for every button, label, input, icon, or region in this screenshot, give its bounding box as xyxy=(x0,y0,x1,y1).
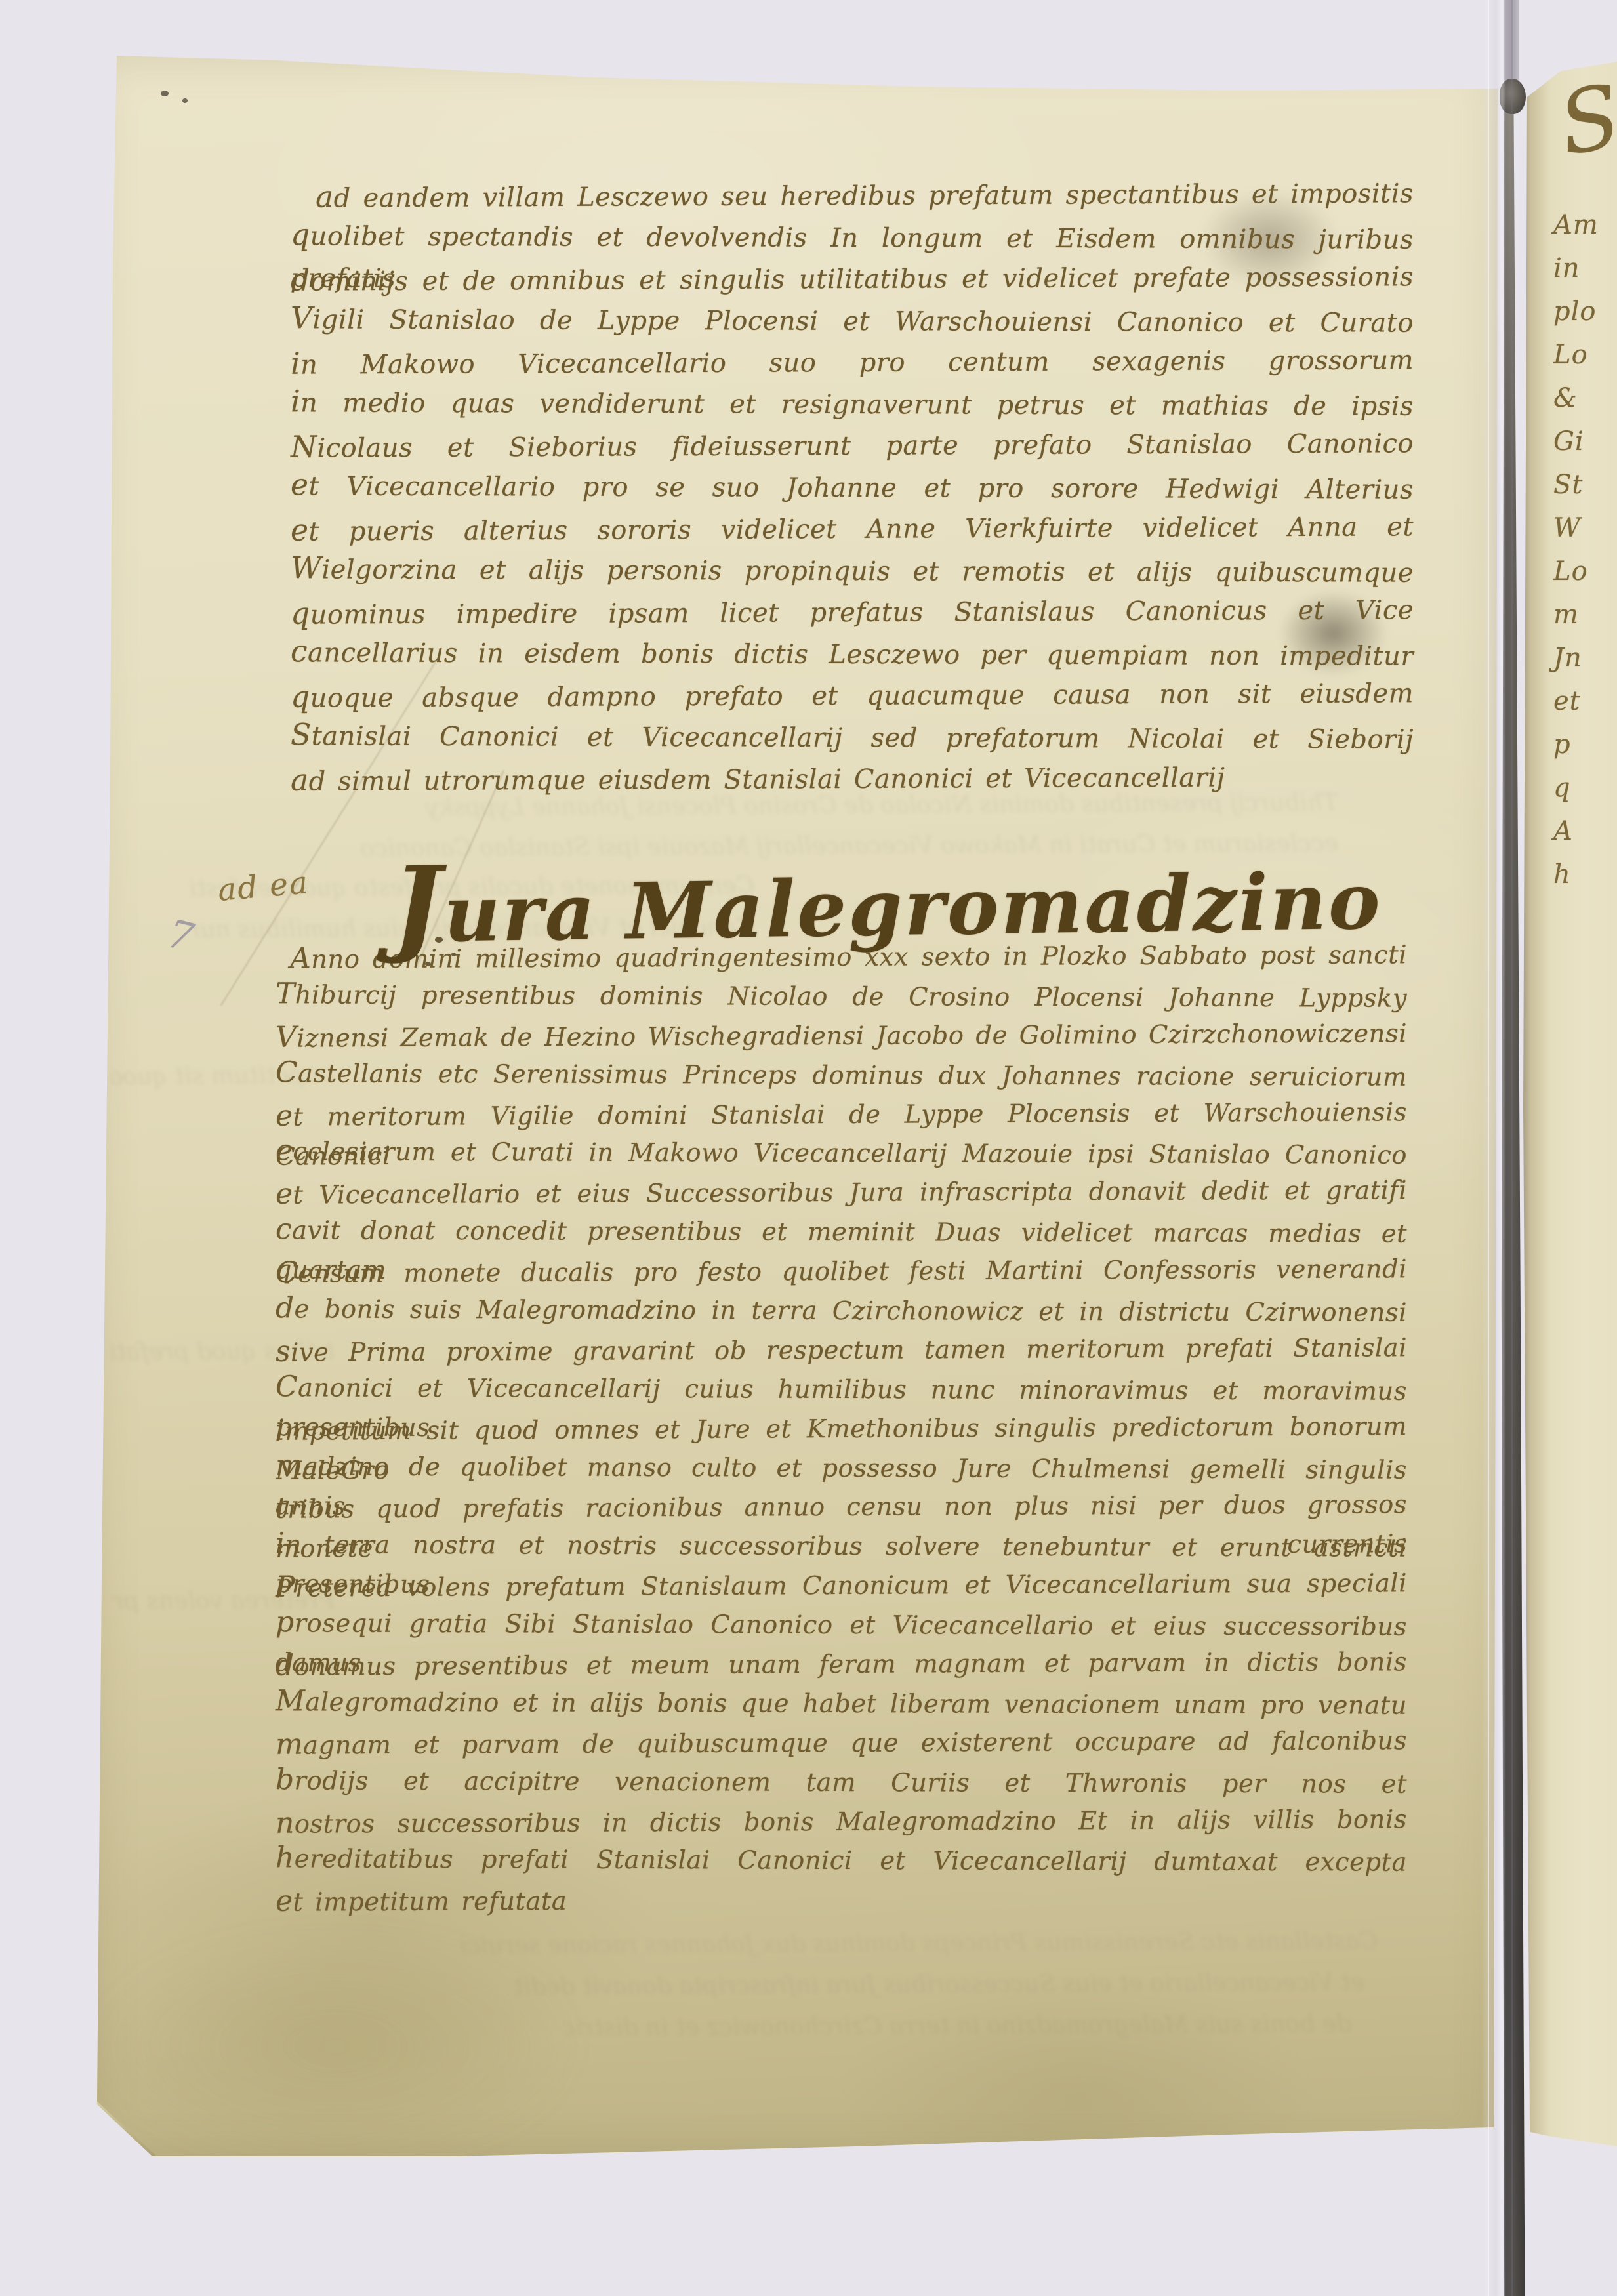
text-fragment: St xyxy=(1553,463,1617,506)
speck xyxy=(161,91,169,96)
stain xyxy=(98,1935,571,2158)
text-line: et Vicecancellario pro se suo Johanne et… xyxy=(291,464,1414,509)
text-fragment: plo xyxy=(1553,290,1617,333)
paragraph-top: ad eandem villam Lesczewo seu heredibus … xyxy=(291,174,1414,799)
text-line: et pueris alterius sororis videlicet Ann… xyxy=(291,504,1414,551)
next-page-edge: SAminploLo&GiStWLomJnetpqAh xyxy=(1522,58,1617,2150)
text-line: Censum monete ducalis pro festo quolibet… xyxy=(276,1248,1407,1292)
show-through-ghost: et Vicecancellario et eius Successoribus… xyxy=(512,1969,1364,2001)
text-line: Castellanis etc Serenissimus Princeps do… xyxy=(276,1053,1407,1096)
text-fragment: Am xyxy=(1553,203,1617,247)
paragraph-main: Anno domini millesimo quadringentesimo x… xyxy=(276,937,1407,1919)
section-heading: Jura Malegromadzino xyxy=(392,834,1383,962)
text-fragment: W xyxy=(1553,506,1617,550)
text-line: nostros successoribus in dictis bonis Ma… xyxy=(276,1799,1407,1843)
text-fragment: Lo xyxy=(1553,550,1617,593)
manuscript-photo: ad eandem villam Lesczewo seu heredibus … xyxy=(0,0,1617,2296)
margin-note-ink: ad ea xyxy=(216,865,310,909)
text-line: impetitum sit quod omnes et Jure et Kmet… xyxy=(276,1406,1407,1450)
text-fragment: p xyxy=(1553,723,1617,766)
text-line: Vigili Stanislao de Lyppe Plocensi et Wa… xyxy=(291,297,1414,342)
text-line: de bonis suis Malegromadzino in terra Cz… xyxy=(276,1288,1407,1331)
show-through-ghost: Castellanis etc Serenissimus Princeps do… xyxy=(459,1927,1378,1959)
text-line: in medio quas vendiderunt et resignaveru… xyxy=(291,380,1414,426)
text-line: donamus presentibus et meum unam feram m… xyxy=(276,1641,1407,1685)
text-line: et Vicecancellario et eius Successoribus… xyxy=(276,1170,1407,1214)
text-line: Nicolaus et Sieborius fideiusserunt part… xyxy=(291,421,1414,468)
text-line: madzino de quolibet manso culto et posse… xyxy=(276,1446,1407,1488)
text-line: magnam et parvam de quibuscumque que exi… xyxy=(276,1720,1407,1764)
text-fragment: Lo xyxy=(1553,333,1617,377)
text-line: Canonici et Vicecancellarij cuius humili… xyxy=(276,1367,1407,1410)
text-line: Stanislai Canonici et Vicecancellarij se… xyxy=(291,714,1414,759)
text-line: cancellarius in eisdem bonis dictis Lesc… xyxy=(291,630,1414,676)
text-fragment: et xyxy=(1553,680,1617,723)
text-line: Malegromadzino et in alijs bonis que hab… xyxy=(276,1681,1407,1724)
text-line: quominus impedire ipsam licet prefatus S… xyxy=(291,588,1414,634)
text-line: in Makowo Vicecancellario suo pro centum… xyxy=(291,338,1414,384)
text-line: et impetitum refutata xyxy=(276,1877,1407,1921)
text-fragment: h xyxy=(1553,853,1617,896)
text-fragment: & xyxy=(1553,377,1617,420)
text-line: Wielgorzina et alijs personis propinquis… xyxy=(291,547,1414,592)
text-line: Thiburcij presentibus dominis Nicolao de… xyxy=(276,974,1407,1017)
text-fragment: A xyxy=(1553,810,1617,853)
text-line: ad eandem villam Lesczewo seu heredibus … xyxy=(291,171,1414,218)
speck xyxy=(182,98,188,103)
manuscript-page: ad eandem villam Lesczewo seu heredibus … xyxy=(92,52,1500,2160)
text-line: Preterea volens prefatum Stanislaum Cano… xyxy=(276,1563,1407,1607)
plastic-strip xyxy=(1481,0,1531,2296)
text-line: prosequi gratia Sibi Stanislao Canonico … xyxy=(276,1603,1407,1645)
text-fragment: Jn xyxy=(1553,636,1617,680)
text-line: ad simul utrorumque eiusdem Stanislai Ca… xyxy=(291,754,1414,801)
text-line: cavit donat concedit presentibus et memi… xyxy=(276,1210,1407,1253)
page-corner-fold xyxy=(93,2098,159,2158)
text-line: brodijs et accipitre venacionem tam Curi… xyxy=(276,1760,1407,1803)
text-fragment: q xyxy=(1553,766,1617,810)
text-line: dominijs et de omnibus et singulis utili… xyxy=(291,255,1414,301)
text-line: quoque absque dampno prefato et quacumqu… xyxy=(291,671,1414,718)
text-fragment: m xyxy=(1553,593,1617,636)
text-line: Viznensi Zemak de Hezino Wischegradiensi… xyxy=(276,1013,1407,1057)
text-line: hereditatibus prefati Stanislai Canonici… xyxy=(276,1839,1407,1881)
text-line: et meritorum Vigilie domini Stanislai de… xyxy=(276,1092,1407,1136)
text-line: quolibet spectandis et devolvendis In lo… xyxy=(291,214,1414,259)
text-line: ecclesiarum et Curati in Makowo Vicecanc… xyxy=(276,1132,1407,1174)
margin-folio-number-pencil: 7 xyxy=(163,911,198,961)
text-line: tribus quod prefatis racionibus annuo ce… xyxy=(276,1485,1407,1528)
text-fragment: Gi xyxy=(1553,420,1617,463)
text-fragment: in xyxy=(1553,247,1617,290)
text-line: sive Prima proxime gravarint ob respectu… xyxy=(276,1327,1407,1371)
text-line: in terra nostra et nostris successoribus… xyxy=(276,1525,1407,1567)
show-through-ghost: de bonis suis Malegromadzino in terra Cz… xyxy=(564,2011,1351,2041)
next-page-line-fragments: SAminploLo&GiStWLomJnetpqAh xyxy=(1553,62,1617,896)
text-fragment: S xyxy=(1551,57,1617,208)
